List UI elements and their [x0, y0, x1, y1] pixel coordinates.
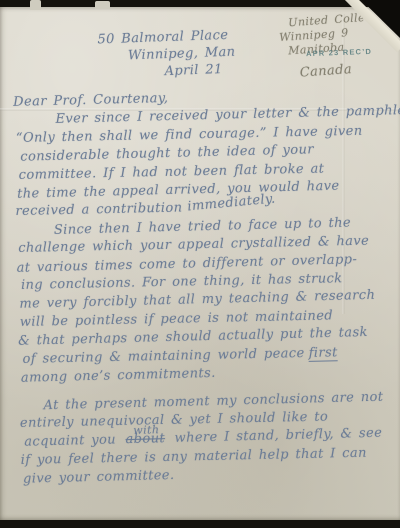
inserted-word: with	[133, 422, 160, 441]
paragraph-3: At the present moment my conclusions are…	[19, 388, 400, 488]
letter-page: United Colle Winnipeg 9 Manitoba Canada …	[0, 7, 400, 520]
paragraph-2: Since then I have tried to face up to th…	[16, 214, 400, 388]
underlined-word: first	[308, 345, 337, 362]
received-note-line: Canada	[299, 60, 398, 81]
paper-tab	[30, 0, 41, 10]
letter-heading: 50 Balmoral Place Winnipeg, Man April 21	[97, 27, 236, 83]
paragraph-1: Ever since I received your letter & the …	[13, 103, 397, 221]
scanned-letter: United Colle Winnipeg 9 Manitoba Canada …	[0, 0, 400, 528]
letter-date: April 21	[164, 61, 236, 80]
edited-word: withabout	[125, 430, 165, 449]
paper-tab	[95, 1, 110, 9]
letter-body: Dear Prof. Courtenay, Ever since I recei…	[13, 85, 400, 488]
